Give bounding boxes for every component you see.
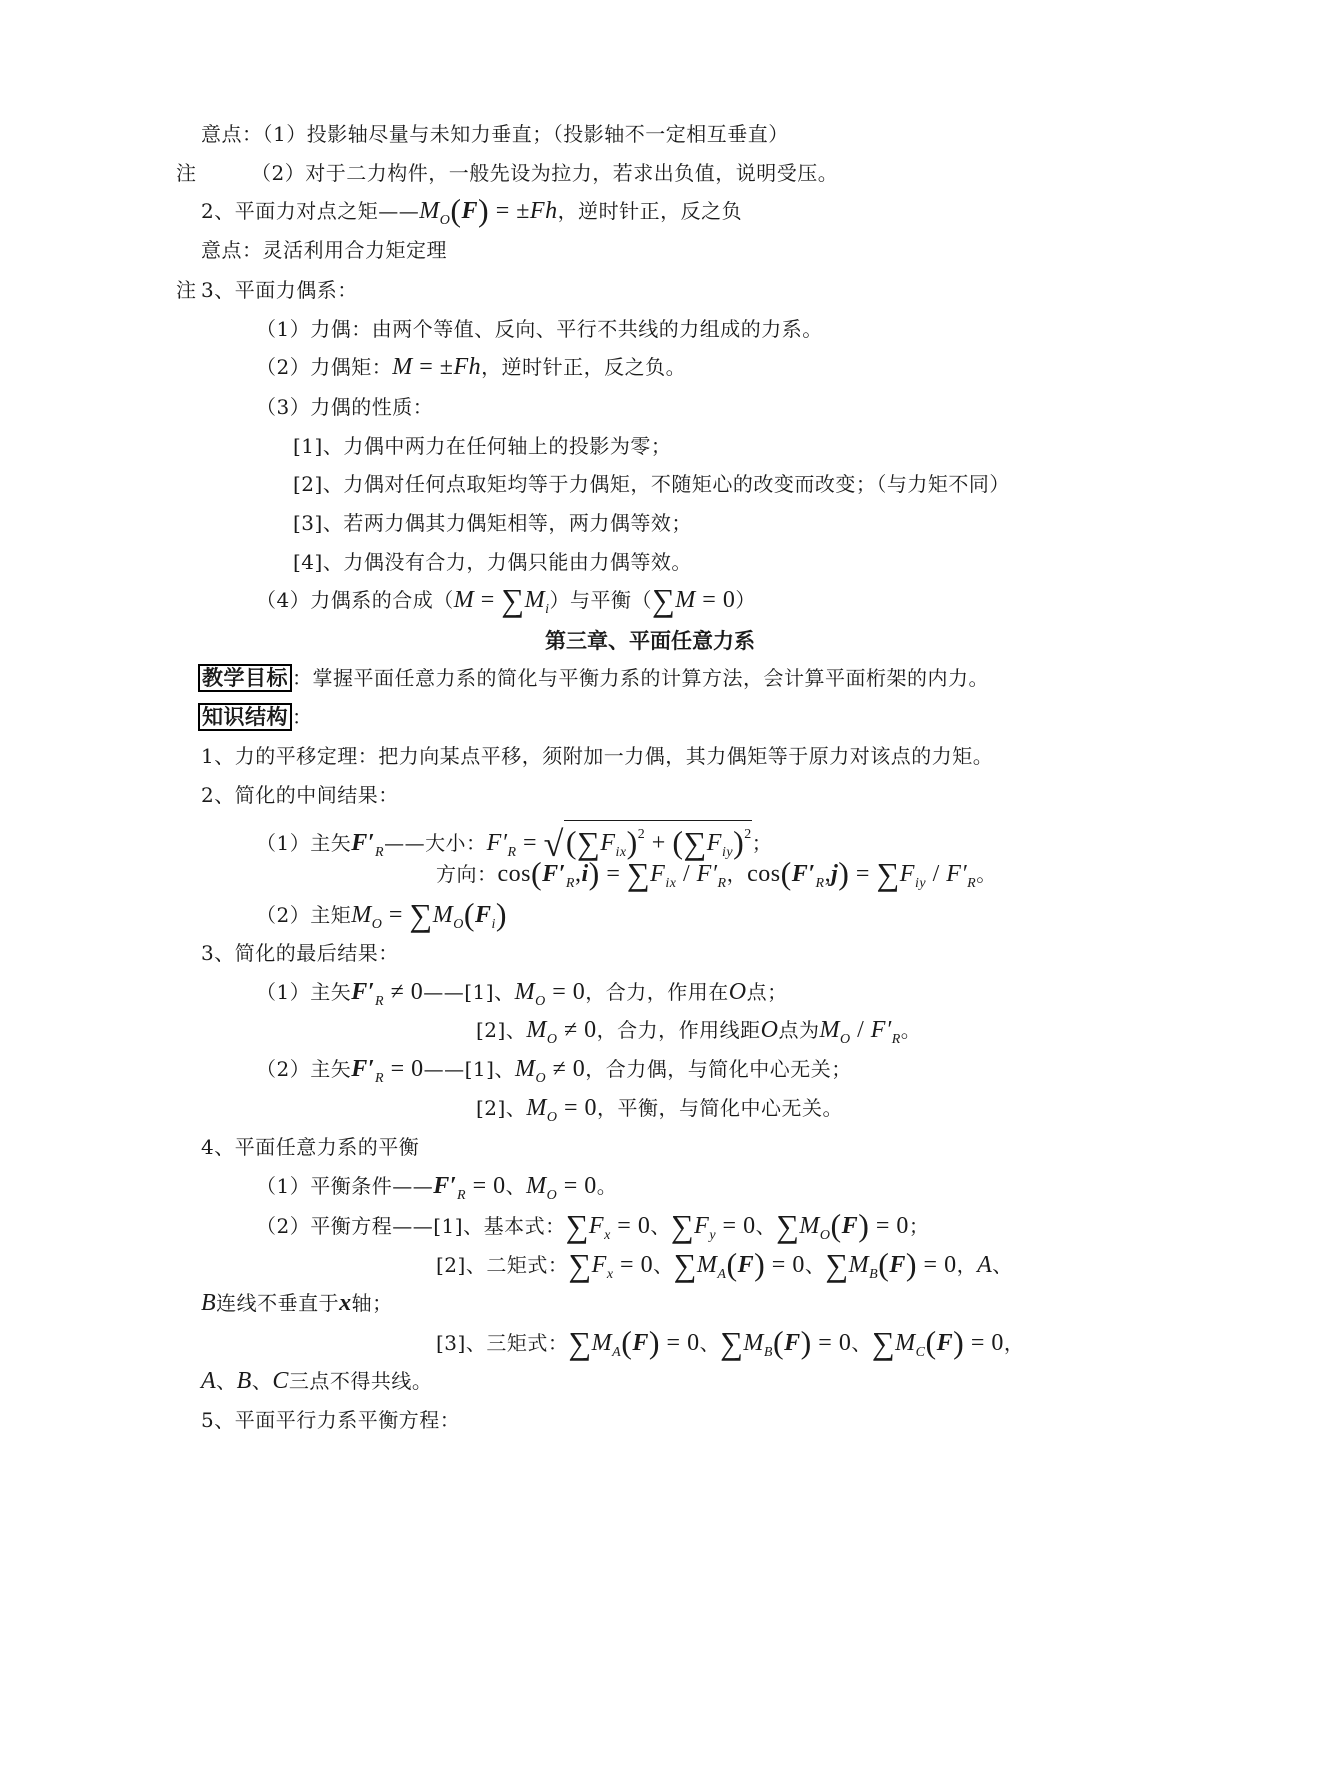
sub-x: x <box>607 1267 614 1282</box>
sep: 、 <box>756 1214 777 1238</box>
paren: ( <box>781 855 792 891</box>
sub-B: B <box>764 1345 773 1360</box>
formula-eq-zero: = 0 <box>696 587 736 613</box>
paren: ) <box>589 855 600 891</box>
text: ，平衡，与简化中心无关。 <box>597 1096 843 1120</box>
sep: 、 <box>700 1331 721 1355</box>
item2-moment-of-force: 2、平面力对点之矩——MO(F) = ±Fh，逆时针正，反之负 <box>201 196 742 235</box>
sep: 、 <box>506 1174 527 1198</box>
eq-zero: = 0 <box>660 1330 700 1356</box>
formula-M: M <box>849 1252 870 1278</box>
sep: 、 <box>216 1369 237 1393</box>
sum-symbol: ∑ <box>683 825 706 861</box>
item3-2: （2）力偶矩：M = ±Fh，逆时针正，反之负。 <box>256 353 686 381</box>
sub-O: O <box>547 1032 558 1047</box>
item2-prefix: 2、平面力对点之矩—— <box>201 199 419 223</box>
paren: ) <box>649 1324 660 1360</box>
knowledge-structure-label: 知识结构 <box>198 703 292 731</box>
cond-text: 三点不得共线。 <box>289 1369 433 1393</box>
ch3-item2-direction: 方向：cos(F′R,i) = ∑Fix / F′R，cos(F′R,j) = … <box>436 859 997 898</box>
sub-O: O <box>840 1032 851 1047</box>
ch3-item3-1b: [2]、MO ≠ 0，合力，作用线距O点为MO / F′R。 <box>476 1016 921 1054</box>
formula-F: F <box>589 1213 604 1239</box>
sum-symbol: ∑ <box>720 1325 743 1361</box>
eq-zero: = 0 <box>466 1173 506 1199</box>
item3-1: （1）力偶：由两个等值、反向、平行不共线的力组成的力系。 <box>256 315 823 343</box>
formula-F: F <box>900 861 915 887</box>
prefix: （1）主矢 <box>256 831 351 855</box>
formula-M: M <box>526 1095 547 1121</box>
formula-F: F <box>600 830 615 856</box>
formula-M: M <box>526 1173 547 1199</box>
sep: 、 <box>650 1214 671 1238</box>
formula-F: F <box>889 1252 906 1278</box>
eq-zero: = 0 <box>869 1213 909 1239</box>
eq-zero: = 0 <box>384 1056 424 1082</box>
formula-F: F <box>937 1330 954 1356</box>
eq-zero: = 0 <box>917 1252 957 1278</box>
ch3-item2-2: （2）主矩MO = ∑MO(Fi) <box>256 900 507 939</box>
paren: ) <box>733 824 744 860</box>
paren: ) <box>801 1324 812 1360</box>
sub-A: A <box>612 1345 621 1360</box>
basic-label: [1]、基本式： <box>433 1214 565 1238</box>
item2-suffix: ，逆时针正，反之负 <box>558 199 743 223</box>
neq-zero: ≠ 0 <box>557 1017 596 1043</box>
sub-O: O <box>547 1110 558 1125</box>
cond-text: 连线不垂直于 <box>216 1291 339 1315</box>
slash: / <box>851 1017 871 1043</box>
sub-R: R <box>816 876 825 891</box>
unit-i: i <box>581 861 588 887</box>
sub-R: R <box>375 1071 384 1086</box>
formula-M: M <box>799 1213 820 1239</box>
eq-zero: = 0 <box>614 1252 654 1278</box>
sub-ix: ix <box>665 876 676 891</box>
note1-line1: 意点：（1）投影轴尽量与未知力垂直；（投影轴不一定相互垂直） <box>201 120 789 148</box>
formula-F: F <box>475 902 492 928</box>
sum-symbol: ∑ <box>627 856 650 892</box>
sqrt-icon: √ <box>544 824 564 864</box>
case-2: [2]、 <box>476 1096 526 1120</box>
paren: ( <box>566 824 577 860</box>
paren: ( <box>531 855 542 891</box>
ch3-item3-1a: （1）主矢F′R ≠ 0——[1]、MO = 0，合力，作用在O点； <box>256 978 788 1016</box>
sub-iy: iy <box>722 845 733 860</box>
text: ，合力，作用线距 <box>597 1018 761 1042</box>
formula-FR-prime: F′ <box>433 1173 457 1199</box>
formula-FR-prime: F′ <box>351 830 375 856</box>
sub-O: O <box>547 1188 558 1203</box>
neq-zero: ≠ 0 <box>384 979 423 1005</box>
paren: ( <box>621 1324 632 1360</box>
sep: 、 <box>851 1331 872 1355</box>
semicolon: ； <box>752 831 773 855</box>
ch3-item1: 1、力的平移定理：把力向某点平移，须附加一力偶，其力偶矩等于原力对该点的力矩。 <box>201 742 993 770</box>
direction-label: 方向： <box>436 862 498 886</box>
formula-F: F <box>650 861 665 887</box>
sup-2: 2 <box>744 827 752 842</box>
paren: ( <box>773 1324 784 1360</box>
sep: 、 <box>252 1369 273 1393</box>
formula-FR: F′ <box>871 1017 892 1043</box>
formula-Fh: Fh <box>453 354 481 380</box>
sub-R: R <box>507 845 516 860</box>
sum-symbol: ∑ <box>671 1208 694 1244</box>
formula-couple-moment: M <box>392 354 413 380</box>
sum-symbol: ∑ <box>566 1208 589 1244</box>
comma: ， <box>727 862 748 886</box>
formula-FR-prime: F′ <box>351 979 375 1005</box>
dash: —— <box>424 1057 465 1081</box>
formula-M: M <box>515 1056 536 1082</box>
formula-M: M <box>351 902 372 928</box>
point-A: A <box>201 1368 216 1394</box>
point-B: B <box>201 1290 216 1316</box>
sub-O: O <box>820 1228 831 1243</box>
axis-x: x <box>339 1290 352 1316</box>
neq-zero: ≠ 0 <box>546 1056 585 1082</box>
slash: / <box>676 861 696 887</box>
ch3-item4-2-basic: （2）平衡方程——[1]、基本式：∑Fx = 0、∑Fy = 0、∑MO(F) … <box>256 1211 929 1250</box>
point-A: A <box>977 1252 992 1278</box>
note2: 意点：灵活利用合力矩定理 <box>201 236 447 264</box>
knowledge-structure: 知识结构： <box>198 703 313 731</box>
case-2: [2]、 <box>476 1018 526 1042</box>
sub-O: O <box>453 917 464 932</box>
sub-R: R <box>375 994 384 1009</box>
formula-M: M <box>592 1330 613 1356</box>
note1-line2: （2）对于二力构件，一般先设为拉力，若求出负值，说明受压。 <box>251 159 838 187</box>
formula-F: F <box>784 1330 801 1356</box>
item3-4-mid: ）与平衡（ <box>549 588 652 612</box>
point-O: O <box>729 979 747 1005</box>
slash: / <box>926 861 946 887</box>
sum-symbol: ∑ <box>776 1208 799 1244</box>
eq-zero: = 0 <box>557 1095 597 1121</box>
sum-symbol: ∑ <box>825 1247 848 1283</box>
eq-zero: = 0 <box>964 1330 1004 1356</box>
point-O: O <box>761 1017 779 1043</box>
prop-3: [3]、若两力偶其力偶矩相等，两力偶等效； <box>293 509 692 537</box>
paren-open: ( <box>450 192 461 228</box>
prefix: （1）平衡条件—— <box>256 1174 433 1198</box>
paren: ( <box>464 896 475 932</box>
prop-4: [4]、力偶没有合力，力偶只能由力偶等效。 <box>293 548 692 576</box>
paren: ) <box>953 1324 964 1360</box>
eq: = <box>382 902 409 928</box>
item3-4-suffix: ） <box>735 588 756 612</box>
comma: ， <box>1004 1331 1025 1355</box>
dash-label: ——大小： <box>384 831 487 855</box>
paren: ) <box>858 1207 869 1243</box>
point-C: C <box>272 1368 289 1394</box>
sub-B: B <box>869 1267 878 1282</box>
formula-F: F <box>592 1252 607 1278</box>
period: 。 <box>976 862 997 886</box>
sep: 、 <box>653 1253 674 1277</box>
formula-Fh: Fh <box>530 198 558 224</box>
formula-eq: = <box>474 587 501 613</box>
text-end: 点； <box>747 980 788 1004</box>
eq-zero: = 0 <box>611 1213 651 1239</box>
sub-O: O <box>372 917 383 932</box>
paren: ) <box>496 896 507 932</box>
chapter-title: 第三章、平面任意力系 <box>545 625 755 655</box>
eq-zero: = 0 <box>716 1213 756 1239</box>
formula-FR-prime: F′ <box>542 861 566 887</box>
ch3-item4-2-two-moment: [2]、二矩式：∑Fx = 0、∑MA(F) = 0、∑MB(F) = 0，A、 <box>436 1250 1013 1289</box>
formula-F: F <box>462 198 479 224</box>
three-moment-label: [3]、三矩式： <box>436 1331 568 1355</box>
formula-M: M <box>525 587 546 613</box>
eq-zero: = 0 <box>546 979 586 1005</box>
ch3-item4-title: 4、平面任意力系的平衡 <box>201 1133 419 1161</box>
sub-R: R <box>566 876 575 891</box>
formula-M: M <box>515 979 536 1005</box>
prop-2: [2]、力偶对任何点取矩均等于力偶矩，不随矩心的改变而改变；（与力矩不同） <box>293 470 1010 498</box>
prop-1: [1]、力偶中两力在任何轴上的投影为零； <box>293 432 671 460</box>
formula-M: M <box>675 587 696 613</box>
paren: ( <box>926 1324 937 1360</box>
formula-F: F <box>694 1213 709 1239</box>
sub-R: R <box>718 876 727 891</box>
formula-eq: = ± <box>489 198 530 224</box>
formula-FR: F′ <box>487 830 508 856</box>
item3-2-prefix: （2）力偶矩： <box>256 355 392 379</box>
paren: ) <box>627 824 638 860</box>
eq: = <box>600 861 627 887</box>
formula-M: M <box>697 1252 718 1278</box>
formula-FR: F′ <box>946 861 967 887</box>
eq: = <box>517 830 544 856</box>
formula-F: F <box>738 1252 755 1278</box>
ch3-item3-2b: [2]、MO = 0，平衡，与简化中心无关。 <box>476 1094 843 1132</box>
ch3-item3-2a: （2）主矢F′R = 0——[1]、MO ≠ 0，合力偶，与简化中心无关； <box>256 1055 852 1093</box>
eq-zero: = 0 <box>812 1330 852 1356</box>
paren: ) <box>906 1246 917 1282</box>
formula-FR: F′ <box>697 861 718 887</box>
formula-FR-prime: F′ <box>792 861 816 887</box>
item3-4: （4）力偶系的合成（M = ∑Mi）与平衡（∑M = 0） <box>256 586 756 624</box>
ch3-item4-2-three-moment: [3]、三矩式：∑MA(F) = 0、∑MB(F) = 0、∑MC(F) = 0… <box>436 1328 1024 1367</box>
formula-FR-prime: F′ <box>351 1056 375 1082</box>
sub-iy: iy <box>915 876 926 891</box>
ch3-item3-title: 3、简化的最后结果： <box>201 939 399 967</box>
sub-ix: ix <box>616 845 627 860</box>
item3-title: 3、平面力偶系： <box>201 276 358 304</box>
ch3-item4-2-three-moment-cond: A、B、C三点不得共线。 <box>201 1367 432 1395</box>
formula-M: M <box>895 1330 916 1356</box>
paren: ( <box>726 1246 737 1282</box>
teaching-goal: 教学目标：掌握平面任意力系的简化与平衡力系的计算方法，会计算平面桁架的内力。 <box>198 664 989 692</box>
text: ，合力，作用在 <box>585 980 729 1004</box>
note-marker-2: 注 <box>176 274 196 303</box>
sep: 、 <box>805 1253 826 1277</box>
teaching-goal-text: ：掌握平面任意力系的简化与平衡力系的计算方法，会计算平面桁架的内力。 <box>292 666 989 690</box>
two-moment-label: [2]、二矩式： <box>436 1253 568 1277</box>
ch3-item5-title: 5、平面平行力系平衡方程： <box>201 1406 460 1434</box>
dash: —— <box>423 980 464 1004</box>
sum-symbol: ∑ <box>674 1247 697 1283</box>
item3-4-prefix: （4）力偶系的合成（ <box>256 588 454 612</box>
formula-M: M <box>454 587 475 613</box>
formula-F: F <box>707 830 722 856</box>
sum-symbol: ∑ <box>409 897 432 933</box>
formula-M: M <box>819 1017 840 1043</box>
sum-symbol: ∑ <box>872 1325 895 1361</box>
item3-3: （3）力偶的性质： <box>256 393 433 421</box>
colon: ： <box>292 705 313 729</box>
case-1: [1]、 <box>465 1057 515 1081</box>
formula-M: M <box>743 1330 764 1356</box>
sub-x: x <box>604 1228 611 1243</box>
prefix: （2）平衡方程—— <box>256 1214 433 1238</box>
plus: + <box>645 830 672 856</box>
sum-symbol: ∑ <box>876 856 899 892</box>
formula-eq: = ± <box>413 354 454 380</box>
paren: ( <box>831 1207 842 1243</box>
sub-O: O <box>535 1071 546 1086</box>
sub-R: R <box>892 1032 901 1047</box>
paren-close: ) <box>478 192 489 228</box>
paren: ( <box>672 824 683 860</box>
eq: = <box>849 861 876 887</box>
paren: ( <box>878 1246 889 1282</box>
comma: ， <box>957 1253 978 1277</box>
item3-2-suffix: ，逆时针正，反之负。 <box>481 355 686 379</box>
cond-end: 轴； <box>352 1291 393 1315</box>
sub-R: R <box>967 876 976 891</box>
ch3-item4-1: （1）平衡条件——F′R = 0、MO = 0。 <box>256 1172 617 1210</box>
prefix: （2）主矩 <box>256 903 351 927</box>
sum-symbol: ∑ <box>501 582 524 618</box>
paren: ) <box>754 1246 765 1282</box>
note-marker-1: 注 <box>176 157 196 186</box>
paren: ) <box>838 855 849 891</box>
formula-M: M <box>433 902 454 928</box>
eq-zero: = 0 <box>765 1252 805 1278</box>
formula-sub-O: O <box>440 213 451 228</box>
sub-C: C <box>916 1345 926 1360</box>
teaching-goal-label: 教学目标 <box>198 664 292 692</box>
text: ，合力偶，与简化中心无关； <box>585 1057 852 1081</box>
cos: cos <box>747 861 781 887</box>
text-end: 。 <box>901 1018 922 1042</box>
formula-M: M <box>526 1017 547 1043</box>
sub-R: R <box>457 1188 466 1203</box>
sum-symbol: ∑ <box>568 1325 591 1361</box>
prefix: （1）主矢 <box>256 980 351 1004</box>
sep: 、 <box>992 1253 1013 1277</box>
ch3-item2-title: 2、简化的中间结果： <box>201 781 399 809</box>
point-B: B <box>237 1368 252 1394</box>
sum-symbol: ∑ <box>568 1247 591 1283</box>
case-1: [1]、 <box>464 980 514 1004</box>
formula-F: F <box>632 1330 649 1356</box>
formula-F: F <box>842 1213 859 1239</box>
prefix: （2）主矢 <box>256 1057 351 1081</box>
period: 。 <box>597 1174 618 1198</box>
semicolon: ； <box>909 1214 930 1238</box>
eq-zero: = 0 <box>557 1173 597 1199</box>
sub-O: O <box>535 994 546 1009</box>
formula-M: M <box>419 198 440 224</box>
text-mid: 点为 <box>778 1018 819 1042</box>
sum-symbol: ∑ <box>652 582 675 618</box>
sub-R: R <box>375 845 384 860</box>
ch3-item4-2-two-moment-cond: B连线不垂直于x轴； <box>201 1289 393 1317</box>
cos: cos <box>498 861 532 887</box>
